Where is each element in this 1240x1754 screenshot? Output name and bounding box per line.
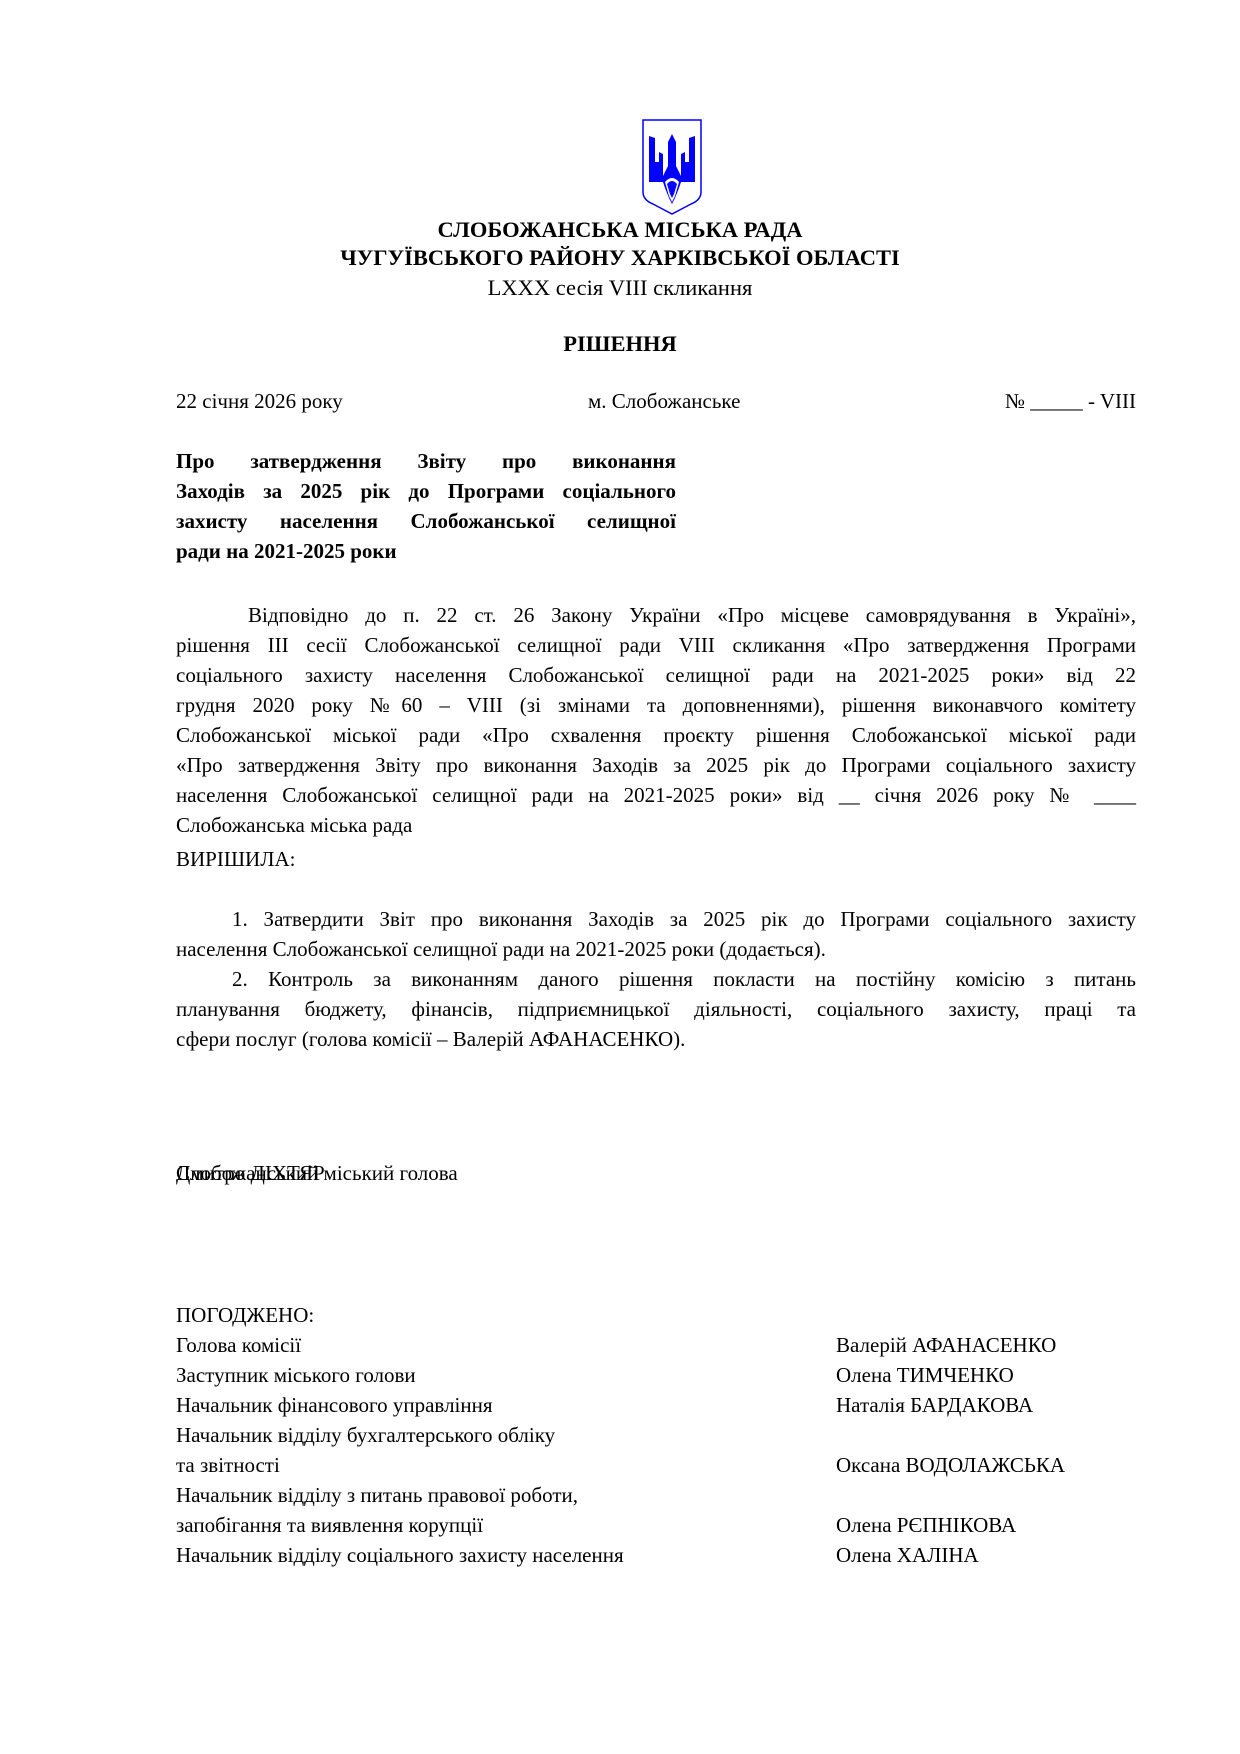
approval-name: Оксана ВОДОЛАЖСЬКА	[836, 1450, 1065, 1480]
subject-line: Про затвердження Звіту про виконання	[176, 446, 676, 476]
decision-item-2: 2. Контроль за виконанням даного рішення…	[176, 964, 1136, 1054]
approval-position: Начальник відділу соціального захисту на…	[176, 1540, 624, 1570]
preamble-line: Відповідно до п. 22 ст. 26 Закону Україн…	[176, 600, 1136, 630]
session-line: LXXX сесія VIII скликання	[0, 274, 1240, 302]
council-name: СЛОБОЖАНСЬКА МІСЬКА РАДА	[0, 216, 1240, 244]
item-line: 1. Затвердити Звіт про виконання Заходів…	[176, 904, 1136, 934]
document-place: м. Слобожанське	[588, 387, 740, 415]
subject-line: Заходів за 2025 рік до Програми соціальн…	[176, 476, 676, 506]
approvals-heading: ПОГОДЖЕНО:	[176, 1300, 314, 1330]
meta-row: 22 січня 2026 року м. Слобожанське № ___…	[176, 387, 1136, 415]
approval-name: Олена ТИМЧЕНКО	[836, 1360, 1014, 1390]
approval-position: Начальник відділу з питань правової робо…	[176, 1480, 578, 1510]
preamble-line: Слобожанської міської ради «Про схваленн…	[176, 720, 1136, 750]
approval-position: запобігання та виявлення корупції	[176, 1510, 483, 1540]
approval-position: Заступник міського голови	[176, 1360, 416, 1390]
item-line: 2. Контроль за виконанням даного рішення…	[176, 964, 1136, 994]
approval-name: Олена РЄПНІКОВА	[836, 1510, 1016, 1540]
document-date: 22 січня 2026 року	[176, 387, 343, 415]
approval-position: Голова комісії	[176, 1330, 301, 1360]
signature-name: Дмитро ДІХТЯР	[176, 1158, 1136, 1188]
preamble-line: «Про затвердження Звіту про виконання За…	[176, 750, 1136, 780]
item-line: сфери послуг (голова комісії – Валерій А…	[176, 1024, 1136, 1054]
subject-line: захисту населення Слобожанської селищної	[176, 506, 676, 536]
item-line: планування бюджету, фінансів, підприємни…	[176, 994, 1136, 1024]
decision-item-1: 1. Затвердити Звіт про виконання Заходів…	[176, 904, 1136, 964]
approval-position: Начальник відділу бухгалтерського обліку	[176, 1420, 555, 1450]
preamble-line: Слобожанська міська рада	[176, 810, 1136, 840]
approval-name: Валерій АФАНАСЕНКО	[836, 1330, 1056, 1360]
preamble-line: соціального захисту населення Слобожансь…	[176, 660, 1136, 690]
coat-of-arms-trident-icon	[641, 118, 703, 216]
approval-name: Олена ХАЛІНА	[836, 1540, 979, 1570]
preamble-paragraph: Відповідно до п. 22 ст. 26 Закону Україн…	[176, 600, 1136, 840]
document-type: РІШЕННЯ	[0, 330, 1240, 358]
approval-name: Наталія БАРДАКОВА	[836, 1390, 1033, 1420]
decided-heading: ВИРІШИЛА:	[176, 844, 295, 874]
approval-position: та звітності	[176, 1450, 280, 1480]
subject-line: ради на 2021-2025 роки	[176, 536, 676, 566]
decision-subject: Про затвердження Звіту про виконання Зах…	[176, 446, 676, 566]
preamble-line: грудня 2020 року №60 – VIII (зі змінами …	[176, 690, 1136, 720]
preamble-line: населення Слобожанської селищної ради на…	[176, 780, 1136, 810]
item-line: населення Слобожанської селищної ради на…	[176, 934, 1136, 964]
approval-position: Начальник фінансового управління	[176, 1390, 493, 1420]
document-number: № _____ - VIII	[1005, 387, 1136, 415]
district-name: ЧУГУЇВСЬКОГО РАЙОНУ ХАРКІВСЬКОЇ ОБЛАСТІ	[0, 244, 1240, 272]
preamble-line: рішення ІІІ сесії Слобожанської селищної…	[176, 630, 1136, 660]
